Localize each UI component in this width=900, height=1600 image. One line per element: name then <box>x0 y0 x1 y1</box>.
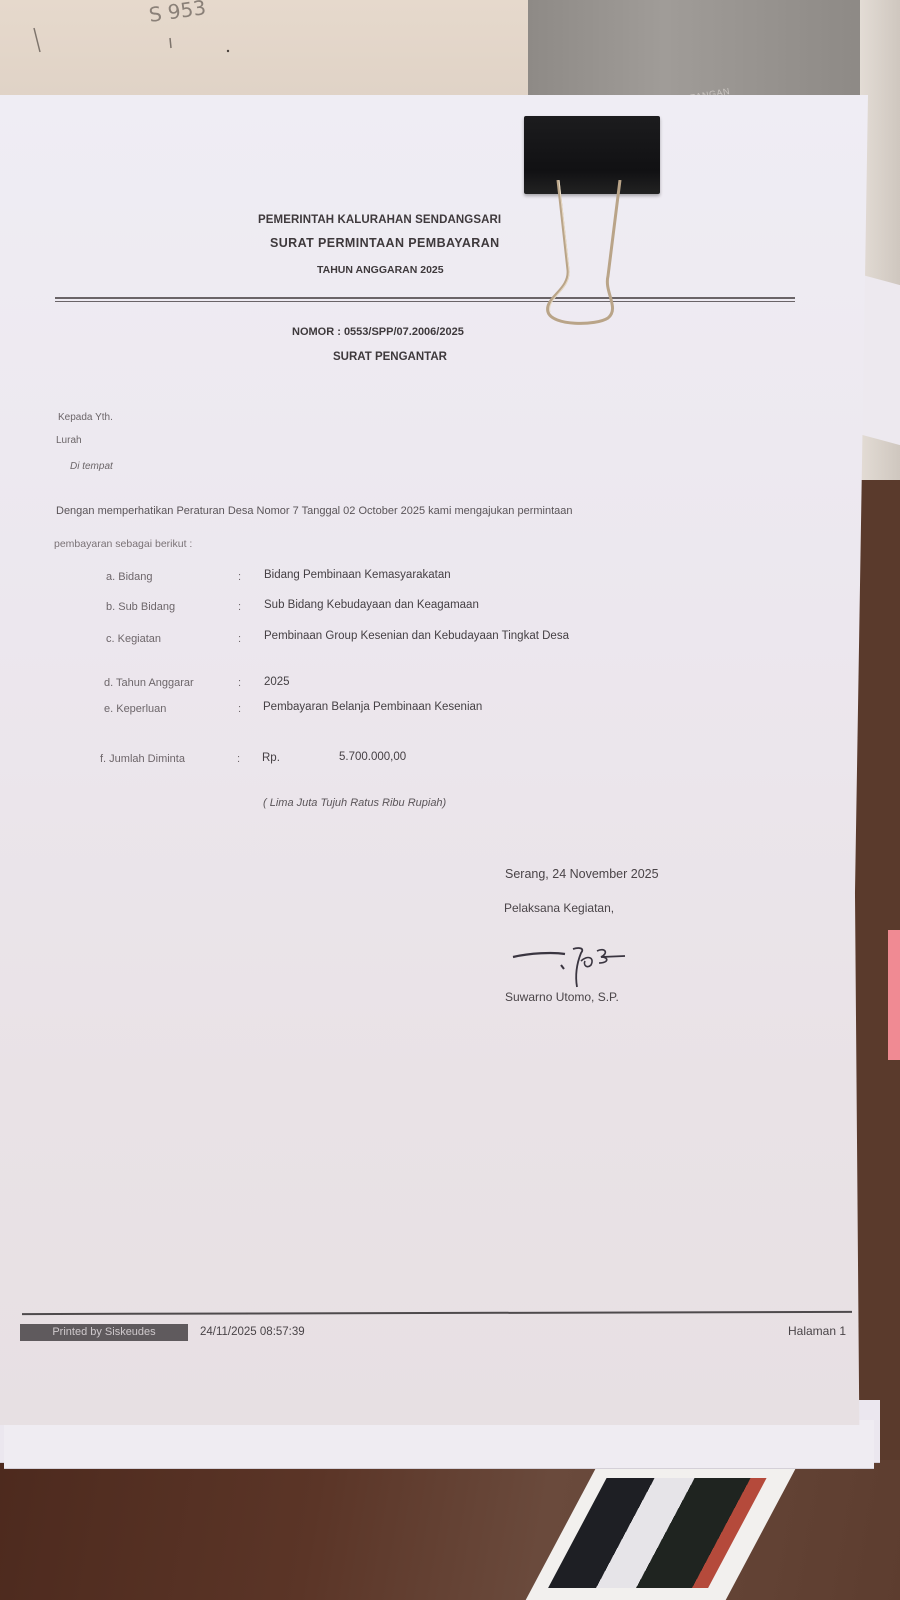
field-colon: : <box>237 753 240 765</box>
addressee-salutation: Kepada Yth. <box>58 412 113 423</box>
document-number: NOMOR : 0553/SPP/07.2006/2025 <box>292 326 464 338</box>
field-value-bidang: Bidang Pembinaan Kemasyarakatan <box>264 569 451 581</box>
field-colon: : <box>238 601 241 613</box>
field-value-tahun-anggaran: 2025 <box>264 676 290 688</box>
header-institution: PEMERINTAH KALURAHAN SENDANGSARI <box>258 214 501 226</box>
field-label-bidang: a. Bidang <box>106 571 152 583</box>
field-colon: : <box>238 571 241 583</box>
intro-paragraph-line2: pembayaran sebagai berikut : <box>54 538 192 550</box>
addressee-recipient: Lurah <box>56 435 82 446</box>
print-timestamp: 24/11/2025 08:57:39 <box>200 1326 305 1338</box>
footer-divider <box>22 1311 852 1315</box>
field-label-tahun-anggaran: d. Tahun Anggarar <box>104 677 194 689</box>
field-label-sub-bidang: b. Sub Bidang <box>106 601 175 613</box>
field-colon: : <box>238 633 241 645</box>
svg-text:S 953: S 953 <box>147 0 207 27</box>
header-fiscal-year: TAHUN ANGGARAN 2025 <box>317 264 444 276</box>
field-value-keperluan: Pembayaran Belanja Pembinaan Kesenian <box>263 701 482 713</box>
place-and-date: Serang, 24 November 2025 <box>505 867 659 881</box>
amount-in-words: ( Lima Juta Tujuh Ratus Ribu Rupiah) <box>263 797 446 809</box>
page-number: Halaman 1 <box>788 1324 846 1338</box>
field-label-keperluan: e. Keperluan <box>104 703 166 715</box>
field-value-kegiatan: Pembinaan Group Kesenian dan Kebudayaan … <box>264 630 569 642</box>
header-divider <box>55 297 795 299</box>
background-right-paper <box>862 275 900 445</box>
printed-by-badge: Printed by Siskeudes <box>20 1324 188 1341</box>
amount-value: 5.700.000,00 <box>339 751 406 763</box>
field-label-kegiatan: c. Kegiatan <box>106 633 161 645</box>
signer-role: Pelaksana Kegiatan, <box>504 901 614 915</box>
pink-sticky-tab <box>888 930 900 1060</box>
field-value-sub-bidang: Sub Bidang Kebudayaan dan Keagamaan <box>264 599 479 611</box>
document-subject: SURAT PENGANTAR <box>333 351 447 363</box>
header-divider <box>55 301 795 302</box>
header-title: SURAT PERMINTAAN PEMBAYARAN <box>270 236 500 250</box>
binder-clip-wire <box>540 180 650 330</box>
intro-paragraph-line1: Dengan memperhatikan Peraturan Desa Nomo… <box>56 505 572 517</box>
field-colon: : <box>238 677 241 689</box>
signer-name: Suwarno Utomo, S.P. <box>505 990 619 1004</box>
document-page: PEMERINTAH KALURAHAN SENDANGSARI SURAT P… <box>0 95 868 1425</box>
card-print <box>548 1478 766 1588</box>
addressee-location: Di tempat <box>70 461 113 472</box>
amount-currency: Rp. <box>262 752 280 764</box>
paper-stack-sheet <box>4 1420 874 1469</box>
field-label-jumlah-diminta: f. Jumlah Diminta <box>100 753 185 765</box>
field-colon: : <box>238 703 241 715</box>
handwritten-signature <box>505 943 645 993</box>
